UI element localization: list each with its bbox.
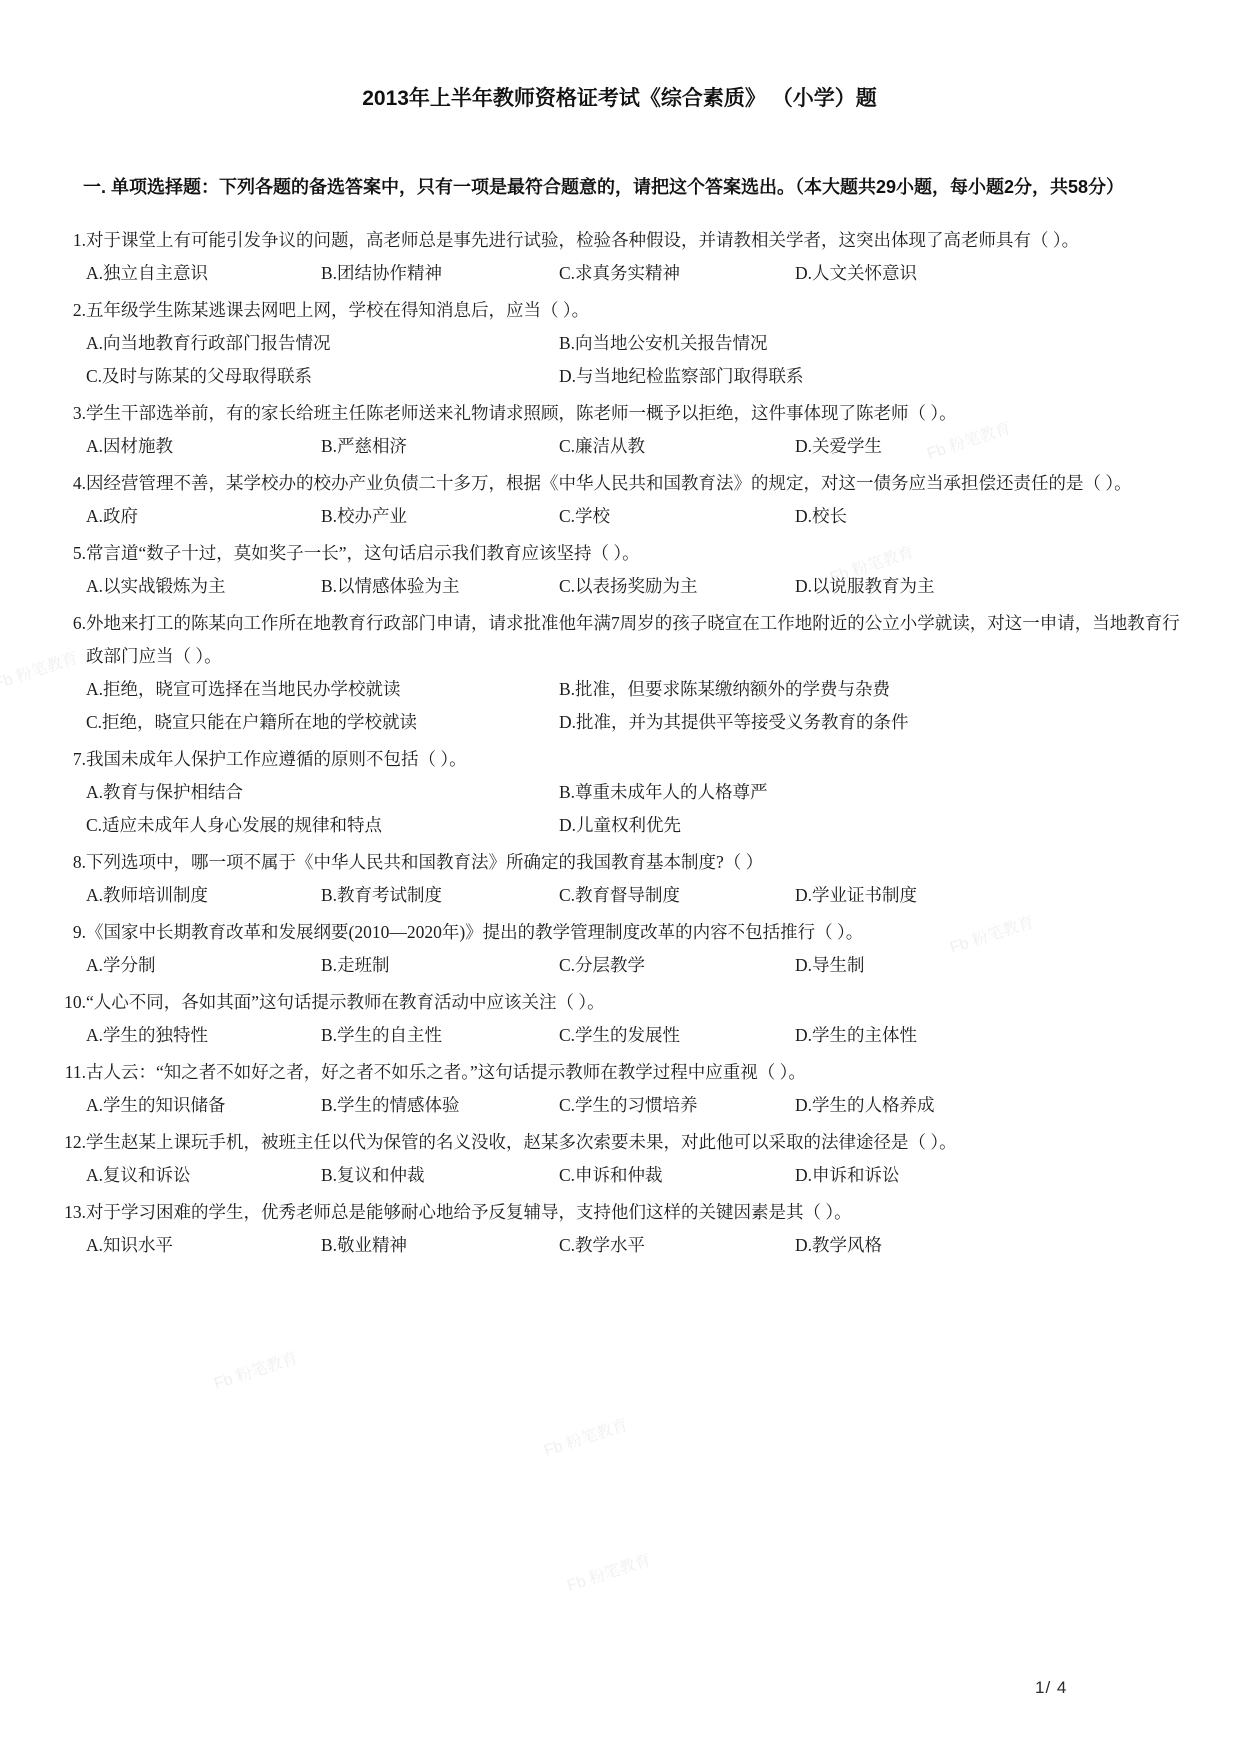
option-c: C.分层教学	[559, 949, 795, 982]
question-options: A.复议和诉讼 B.复议和仲裁 C.申诉和仲裁 D.申诉和诉讼	[86, 1159, 1183, 1192]
question-5: 5. 常言道“数子十过，莫如奖子一长”，这句话启示我们教育应该坚持（ ）。 A.…	[56, 537, 1183, 603]
question-9: 9. 《国家中长期教育改革和发展纲要(2010—2020年)》提出的教学管理制度…	[56, 916, 1183, 982]
question-12: 12. 学生赵某上课玩手机，被班主任以代为保管的名义没收，赵某多次索要未果，对此…	[56, 1126, 1183, 1192]
option-a: A.学生的独特性	[86, 1019, 321, 1052]
question-stem: 《国家中长期教育改革和发展纲要(2010—2020年)》提出的教学管理制度改革的…	[86, 916, 1183, 949]
question-10: 10. “人心不同，各如其面”这句话提示教师在教育活动中应该关注（ ）。 A.学…	[56, 986, 1183, 1052]
option-d: D.人文关怀意识	[795, 257, 1183, 290]
question-options: A.以实战锻炼为主 B.以情感体验为主 C.以表扬奖励为主 D.以说服教育为主	[86, 570, 1183, 603]
option-c: C.求真务实精神	[559, 257, 795, 290]
question-number: 11.	[56, 1056, 86, 1089]
question-stem: 下列选项中，哪一项不属于《中华人民共和国教育法》所确定的我国教育基本制度?（ ）	[86, 846, 1183, 879]
question-options: A.知识水平 B.敬业精神 C.教学水平 D.教学风格	[86, 1229, 1183, 1262]
question-options: A.政府 B.校办产业 C.学校 D.校长	[86, 500, 1183, 533]
question-options: A.拒绝，晓宣可选择在当地民办学校就读 B.批准，但要求陈某缴纳额外的学费与杂费…	[86, 673, 1183, 739]
question-stem: 我国未成年人保护工作应遵循的原则不包括（ ）。	[86, 743, 1183, 776]
question-stem: 对于学习困难的学生，优秀老师总是能够耐心地给予反复辅导，支持他们这样的关键因素是…	[86, 1196, 1183, 1229]
question-options: A.教师培训制度 B.教育考试制度 C.教育督导制度 D.学业证书制度	[86, 879, 1183, 912]
question-stem: 五年级学生陈某逃课去网吧上网，学校在得知消息后，应当（ ）。	[86, 294, 1183, 327]
option-a: A.知识水平	[86, 1229, 321, 1262]
option-d: D.导生制	[795, 949, 1183, 982]
question-options: A.学生的知识储备 B.学生的情感体验 C.学生的习惯培养 D.学生的人格养成	[86, 1089, 1183, 1122]
question-13: 13. 对于学习困难的学生，优秀老师总是能够耐心地给予反复辅导，支持他们这样的关…	[56, 1196, 1183, 1262]
option-a: A.政府	[86, 500, 321, 533]
question-number: 12.	[56, 1126, 86, 1159]
option-a: A.教育与保护相结合	[86, 776, 559, 809]
option-a: A.拒绝，晓宣可选择在当地民办学校就读	[86, 673, 559, 706]
option-b: B.严慈相济	[321, 430, 559, 463]
option-c: C.适应未成年人身心发展的规律和特点	[86, 809, 559, 842]
question-options: A.向当地教育行政部门报告情况 B.向当地公安机关报告情况 C.及时与陈某的父母…	[86, 327, 1183, 393]
option-b: B.敬业精神	[321, 1229, 559, 1262]
question-11: 11. 古人云：“知之者不如好之者，好之者不如乐之者。”这句话提示教师在教学过程…	[56, 1056, 1183, 1122]
page-number: 1/ 4	[1035, 1678, 1067, 1698]
option-c: C.及时与陈某的父母取得联系	[86, 360, 559, 393]
option-d: D.学生的主体性	[795, 1019, 1183, 1052]
option-c: C.拒绝，晓宣只能在户籍所在地的学校就读	[86, 706, 559, 739]
option-c: C.学校	[559, 500, 795, 533]
question-number: 10.	[56, 986, 86, 1019]
question-2: 2. 五年级学生陈某逃课去网吧上网，学校在得知消息后，应当（ ）。 A.向当地教…	[56, 294, 1183, 393]
question-number: 7.	[56, 743, 86, 776]
question-number: 1.	[56, 224, 86, 257]
question-6: 6. 外地来打工的陈某向工作所在地教育行政部门申请，请求批准他年满7周岁的孩子晓…	[56, 607, 1183, 739]
option-a: A.以实战锻炼为主	[86, 570, 321, 603]
option-d: D.学业证书制度	[795, 879, 1183, 912]
option-d: D.申诉和诉讼	[795, 1159, 1183, 1192]
option-c: C.教学水平	[559, 1229, 795, 1262]
question-number: 5.	[56, 537, 86, 570]
question-stem: 常言道“数子十过，莫如奖子一长”，这句话启示我们教育应该坚持（ ）。	[86, 537, 1183, 570]
option-a: A.学分制	[86, 949, 321, 982]
option-d: D.与当地纪检监察部门取得联系	[559, 360, 1183, 393]
option-b: B.复议和仲裁	[321, 1159, 559, 1192]
option-b: B.批准，但要求陈某缴纳额外的学费与杂费	[559, 673, 1183, 706]
question-1: 1. 对于课堂上有可能引发争议的问题，高老师总是事先进行试验，检验各种假设，并请…	[56, 224, 1183, 290]
option-b: B.向当地公安机关报告情况	[559, 327, 1183, 360]
question-7: 7. 我国未成年人保护工作应遵循的原则不包括（ ）。 A.教育与保护相结合 B.…	[56, 743, 1183, 842]
option-c: C.以表扬奖励为主	[559, 570, 795, 603]
watermark-text: Fb 粉笔教育	[564, 1547, 654, 1596]
option-b: B.学生的自主性	[321, 1019, 559, 1052]
option-b: B.校办产业	[321, 500, 559, 533]
question-number: 3.	[56, 397, 86, 430]
option-c: C.学生的发展性	[559, 1019, 795, 1052]
question-number: 8.	[56, 846, 86, 879]
question-options: A.学生的独特性 B.学生的自主性 C.学生的发展性 D.学生的主体性	[86, 1019, 1183, 1052]
section-header: 一. 单项选择题：下列各题的备选答案中，只有一项是最符合题意的，请把这个答案选出…	[83, 170, 1183, 204]
question-number: 13.	[56, 1196, 86, 1229]
option-b: B.团结协作精神	[321, 257, 559, 290]
option-c: C.廉洁从教	[559, 430, 795, 463]
option-c: C.申诉和仲裁	[559, 1159, 795, 1192]
question-stem: 对于课堂上有可能引发争议的问题，高老师总是事先进行试验，检验各种假设，并请教相关…	[86, 224, 1183, 257]
page-title: 2013年上半年教师资格证考试《综合素质》 （小学）题	[56, 86, 1183, 112]
question-number: 4.	[56, 467, 86, 500]
question-stem: “人心不同，各如其面”这句话提示教师在教育活动中应该关注（ ）。	[86, 986, 1183, 1019]
question-number: 9.	[56, 916, 86, 949]
option-a: A.学生的知识储备	[86, 1089, 321, 1122]
option-d: D.学生的人格养成	[795, 1089, 1183, 1122]
option-b: B.以情感体验为主	[321, 570, 559, 603]
option-a: A.因材施教	[86, 430, 321, 463]
option-a: A.教师培训制度	[86, 879, 321, 912]
option-d: D.校长	[795, 500, 1183, 533]
option-c: C.学生的习惯培养	[559, 1089, 795, 1122]
exam-document-page: Fb 粉笔教育 Fb 粉笔教育 Fb 粉笔教育 Fb 粉笔教育 Fb 粉笔教育 …	[0, 0, 1240, 1754]
option-b: B.学生的情感体验	[321, 1089, 559, 1122]
option-d: D.批准，并为其提供平等接受义务教育的条件	[559, 706, 1183, 739]
option-c: C.教育督导制度	[559, 879, 795, 912]
question-list: 1. 对于课堂上有可能引发争议的问题，高老师总是事先进行试验，检验各种假设，并请…	[56, 224, 1183, 1262]
question-number: 6.	[56, 607, 86, 640]
question-options: A.独立自主意识 B.团结协作精神 C.求真务实精神 D.人文关怀意识	[86, 257, 1183, 290]
watermark-text: Fb 粉笔教育	[541, 1412, 631, 1461]
option-b: B.走班制	[321, 949, 559, 982]
question-options: A.教育与保护相结合 B.尊重未成年人的人格尊严 C.适应未成年人身心发展的规律…	[86, 776, 1183, 842]
option-a: A.向当地教育行政部门报告情况	[86, 327, 559, 360]
question-8: 8. 下列选项中，哪一项不属于《中华人民共和国教育法》所确定的我国教育基本制度?…	[56, 846, 1183, 912]
question-stem: 古人云：“知之者不如好之者，好之者不如乐之者。”这句话提示教师在教学过程中应重视…	[86, 1056, 1183, 1089]
option-d: D.以说服教育为主	[795, 570, 1183, 603]
watermark-text: Fb 粉笔教育	[211, 1345, 301, 1394]
question-options: A.学分制 B.走班制 C.分层教学 D.导生制	[86, 949, 1183, 982]
question-stem: 因经营管理不善，某学校办的校办产业负债二十多万，根据《中华人民共和国教育法》的规…	[86, 467, 1183, 500]
question-4: 4. 因经营管理不善，某学校办的校办产业负债二十多万，根据《中华人民共和国教育法…	[56, 467, 1183, 533]
option-d: D.关爱学生	[795, 430, 1183, 463]
option-a: A.独立自主意识	[86, 257, 321, 290]
question-stem: 外地来打工的陈某向工作所在地教育行政部门申请，请求批准他年满7周岁的孩子晓宣在工…	[86, 607, 1183, 673]
option-b: B.教育考试制度	[321, 879, 559, 912]
option-b: B.尊重未成年人的人格尊严	[559, 776, 1183, 809]
question-stem: 学生赵某上课玩手机，被班主任以代为保管的名义没收，赵某多次索要未果，对此他可以采…	[86, 1126, 1183, 1159]
option-d: D.儿童权利优先	[559, 809, 1183, 842]
option-d: D.教学风格	[795, 1229, 1183, 1262]
question-options: A.因材施教 B.严慈相济 C.廉洁从教 D.关爱学生	[86, 430, 1183, 463]
question-stem: 学生干部选举前，有的家长给班主任陈老师送来礼物请求照顾，陈老师一概予以拒绝，这件…	[86, 397, 1183, 430]
option-a: A.复议和诉讼	[86, 1159, 321, 1192]
question-3: 3. 学生干部选举前，有的家长给班主任陈老师送来礼物请求照顾，陈老师一概予以拒绝…	[56, 397, 1183, 463]
question-number: 2.	[56, 294, 86, 327]
